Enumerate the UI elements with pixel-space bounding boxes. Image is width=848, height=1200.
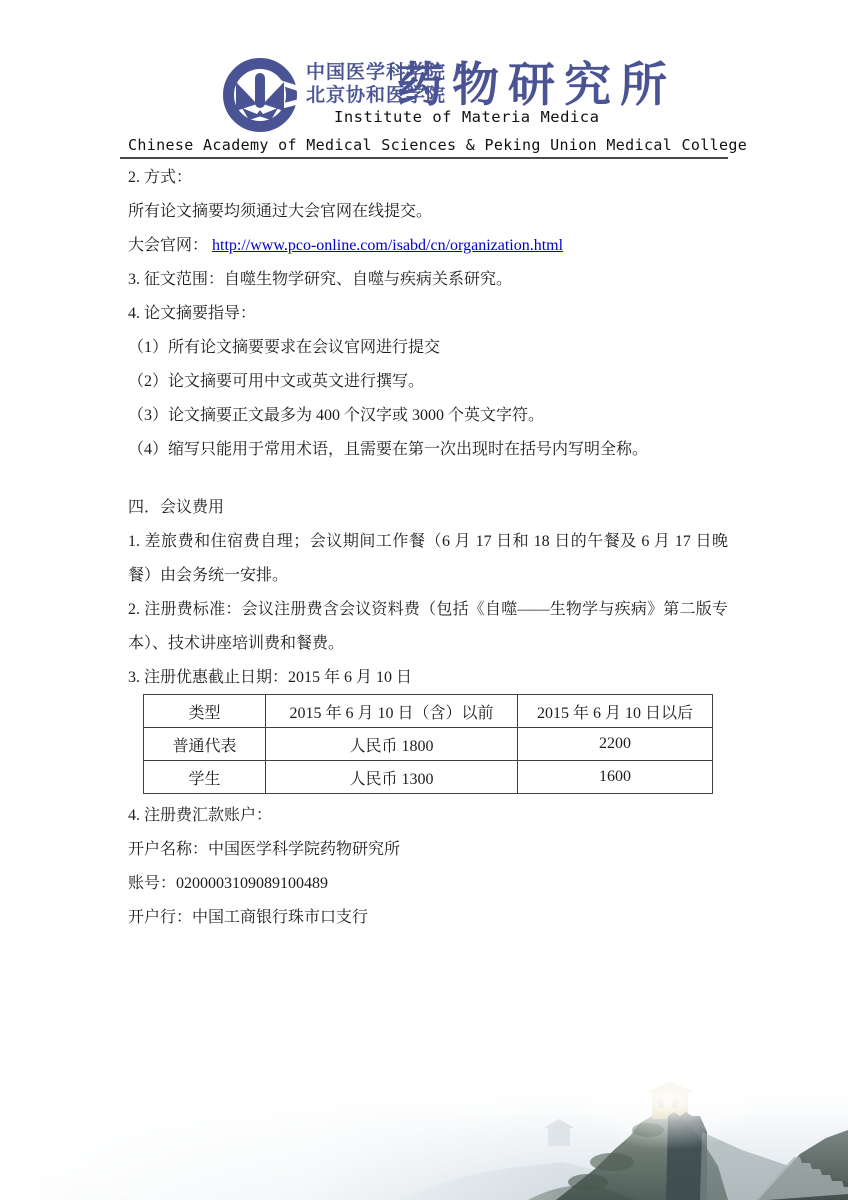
fee-header-early: 2015 年 6 月 10 日（含）以前 bbox=[266, 695, 518, 728]
fee-cell-late: 1600 bbox=[518, 761, 713, 794]
account-number: 账号：0200003109089100489 bbox=[128, 867, 728, 901]
abstract-guide-sub2: （2）论文摘要可用中文或英文进行撰写。 bbox=[128, 365, 728, 399]
item-abstract-guide: 4. 论文摘要指导： bbox=[128, 297, 728, 331]
fee-header-type: 类型 bbox=[144, 695, 266, 728]
bank-name: 开户行：中国工商银行珠市口支行 bbox=[128, 901, 728, 935]
fee-cell-early: 人民币 1300 bbox=[266, 761, 518, 794]
remittance-block: 4. 注册费汇款账户： 开户名称：中国医学科学院药物研究所 账号：0200003… bbox=[128, 799, 728, 935]
letterhead: 中国医学科学院 北京协和医学院 药物研究所 Institute of Mater… bbox=[0, 0, 848, 161]
section-gap bbox=[128, 467, 728, 491]
fees-item2-line1: 2. 注册费标准：会议注册费含会议资料费（包括《自噬——生物学与疾病》第二版专著… bbox=[128, 593, 728, 627]
section-fees-title: 四．会议费用 bbox=[128, 491, 728, 525]
registration-fee-table: 类型 2015 年 6 月 10 日（含）以前 2015 年 6 月 10 日以… bbox=[143, 694, 713, 794]
website-line: 大会官网： http://www.pco-online.com/isabd/cn… bbox=[128, 229, 728, 263]
letterhead-rule bbox=[120, 157, 728, 159]
remittance-title: 4. 注册费汇款账户： bbox=[128, 799, 728, 833]
item-method-body: 所有论文摘要均须通过大会官网在线提交。 bbox=[128, 195, 728, 229]
item-method-label: 2. 方式： bbox=[128, 161, 728, 195]
website-label: 大会官网： bbox=[128, 237, 208, 254]
fee-header-late: 2015 年 6 月 10 日以后 bbox=[518, 695, 713, 728]
fee-cell-type: 普通代表 bbox=[144, 728, 266, 761]
abstract-guide-sub4: （4）缩写只能用于常用术语，且需要在第一次出现时在括号内写明全称。 bbox=[128, 433, 728, 467]
abstract-guide-sub1: （1）所有论文摘要要求在会议官网进行提交 bbox=[128, 331, 728, 365]
fee-table-row-student: 学生 人民币 1300 1600 bbox=[144, 761, 713, 794]
document-body: 2. 方式： 所有论文摘要均须通过大会官网在线提交。 大会官网： http://… bbox=[128, 161, 728, 935]
institute-name-cn: 药物研究所 bbox=[396, 48, 676, 115]
fee-table-row-regular: 普通代表 人民币 1800 2200 bbox=[144, 728, 713, 761]
great-wall-footer-image bbox=[0, 1070, 848, 1200]
abstract-guide-sub3: （3）论文摘要正文最多为 400 个汉字或 3000 个英文字符。 bbox=[128, 399, 728, 433]
fees-item2-line2: 本）、技术讲座培训费和餐费。 bbox=[128, 627, 728, 661]
fee-cell-late: 2200 bbox=[518, 728, 713, 761]
academy-name-en: Chinese Academy of Medical Sciences & Pe… bbox=[128, 136, 747, 154]
account-name: 开户名称：中国医学科学院药物研究所 bbox=[128, 833, 728, 867]
fees-item1-line1: 1. 差旅费和住宿费自理；会议期间工作餐（6 月 17 日和 18 日的午餐及 … bbox=[128, 525, 728, 559]
item-scope: 3. 征文范围：自噬生物学研究、自噬与疾病关系研究。 bbox=[128, 263, 728, 297]
fee-table-header-row: 类型 2015 年 6 月 10 日（含）以前 2015 年 6 月 10 日以… bbox=[144, 695, 713, 728]
conference-website-link[interactable]: http://www.pco-online.com/isabd/cn/organ… bbox=[212, 237, 563, 254]
fees-item1-line2: 餐）由会务统一安排。 bbox=[128, 559, 728, 593]
institute-logo-icon bbox=[221, 56, 299, 134]
document-page: { "colors": { "brand_navy": "#4a5494", "… bbox=[0, 0, 848, 1200]
institute-name-en: Institute of Materia Medica bbox=[334, 108, 599, 126]
fees-deadline: 3. 注册优惠截止日期：2015 年 6 月 10 日 bbox=[128, 661, 728, 695]
fee-cell-early: 人民币 1800 bbox=[266, 728, 518, 761]
fee-cell-type: 学生 bbox=[144, 761, 266, 794]
